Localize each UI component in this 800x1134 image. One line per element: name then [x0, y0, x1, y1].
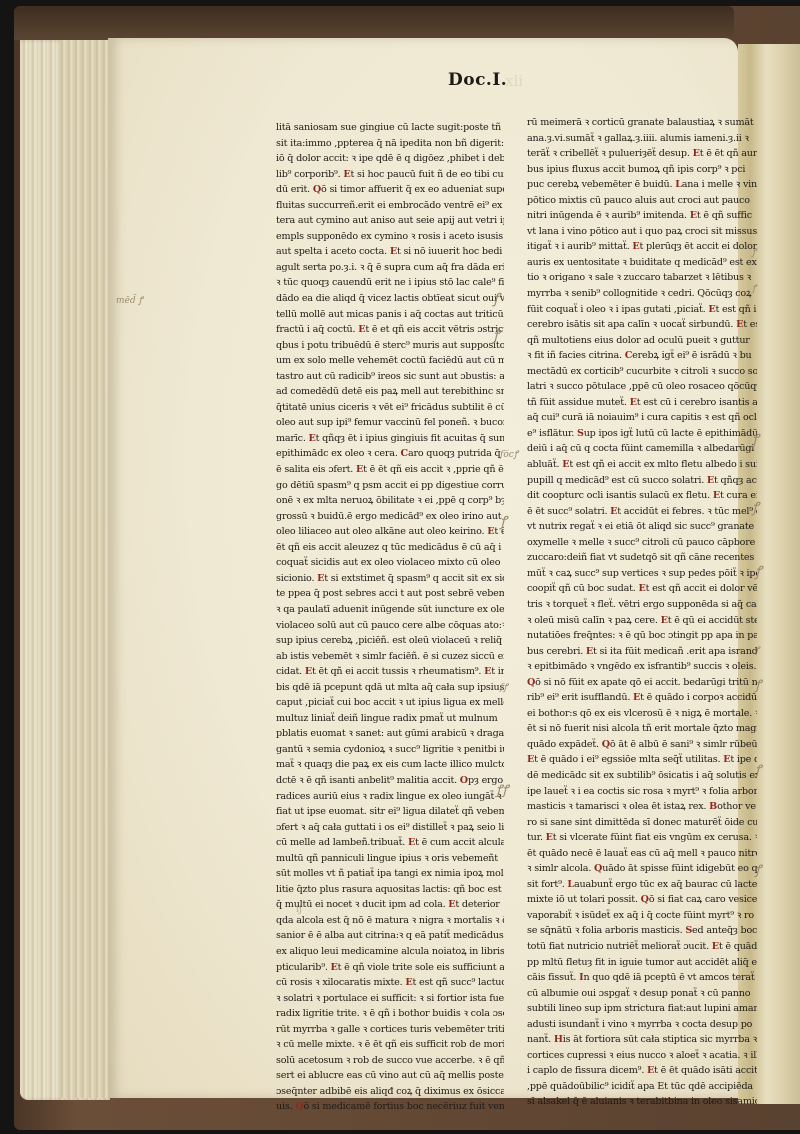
text-line: ꝛ fit iñ facies citrina. Cerebꝝ igẗ ei⁹ …	[527, 348, 757, 364]
text-line: fluitas succurreñ.erit ei embrocādo vent…	[276, 198, 504, 214]
text-line: abluāẗ. Et est qñ ei accit ex mlto fletu…	[527, 457, 757, 473]
text-line: Qō si nō fūit ex apate qō ei accit. beda…	[527, 675, 757, 691]
margin-note: ꝭꝭ	[496, 780, 508, 798]
text-line: cortices cupressi ꝛ eius nucco ꝛ aloeẗ ꝛ…	[527, 1048, 757, 1064]
text-line: totū fiat nutricio nutriēẗ melioraẗ ɔuci…	[527, 939, 757, 955]
text-line: auris ex uentositate ꝛ buiditate q medic…	[527, 255, 757, 271]
text-line: ,ppē quādoūbilic⁹ icidiẗ apa Et tūc qdē …	[527, 1079, 757, 1095]
text-line: bis qdē iā pcepunt qdā ut mlta aq̄ cała …	[276, 680, 504, 696]
text-line: ꝛ qa paulatī aduenit inūgende sūt iunctu…	[276, 602, 504, 618]
rubric-initial: E	[405, 977, 412, 988]
text-line: ab istis vebemēt ꝛ simlr faciēñ. ē si cu…	[276, 649, 504, 665]
rubric-initial: E	[661, 615, 668, 626]
text-line: violaceo solū aut cū pauco cere albe cōq…	[276, 618, 504, 634]
text-line: coquaẗ sicidis aut ex oleo violaceo mixt…	[276, 555, 504, 571]
text-line: masticis ꝛ tamarisci ꝛ olea ēt istaꝝ rex…	[527, 799, 757, 815]
text-line: ē ēt succ⁹ solatri. Et accidūt ei febres…	[527, 504, 757, 520]
text-line: Et ē quādo i ei⁹ egssiōe mlta seq̄ẗ util…	[527, 752, 757, 768]
text-line: radices auriū eius ꝛ radix lingue ex ole…	[276, 789, 504, 805]
text-line: sūt molles vt ñ patiaẗ ipa tangi ex nimi…	[276, 866, 504, 882]
text-line: radix ligritie trite. ꝛ ē qñ i bothor bu…	[276, 1006, 504, 1022]
text-line: tur. Et si vlcerate fūint fiat eis vngūm…	[527, 830, 757, 846]
text-line: ꝛ simlr alcola. Quādo āt spisse fūint id…	[527, 861, 757, 877]
margin-note: ꝭ	[752, 245, 756, 258]
left-page-edges-inner	[60, 40, 110, 1098]
text-line: cāis fissuẗ. In quo qdē iā pceptū ē vt a…	[527, 970, 757, 986]
rubric-initial: L	[675, 179, 682, 190]
text-line: ꝛ tūc quoqȝ cauendū erit ne i ipius stō …	[276, 275, 504, 291]
rubric-initial: E	[562, 459, 569, 470]
text-line: tris ꝛ torqueẗ ꝛ fleẗ. vētri ergo suppon…	[527, 597, 757, 613]
text-line: agult serta po.ȝ.i. ꝛ q̄ ē supra cum aq̄…	[276, 260, 504, 276]
text-line: ro si sane sint dimittēda sī donec matur…	[527, 815, 757, 831]
rubric-initial: E	[408, 837, 415, 848]
rubric-initial: O	[460, 775, 468, 786]
text-line: latri ꝛ succo pōtulace ,ppē cū oleo rosa…	[527, 379, 757, 395]
rubric-initial: Q	[527, 677, 535, 688]
text-line: um ex solo melle vehemēt coctū faciēdū a…	[276, 353, 504, 369]
margin-note: mēd̄ ꝭ	[116, 293, 143, 306]
text-line: ɔseq̄nter adbibē eis aliqđ coꝝ q̄ diximu…	[276, 1084, 504, 1100]
text-line: aut spelta i aceto cocta. Et si nō iuuer…	[276, 244, 504, 260]
text-line: go dētiū spasm⁹ q psm accit ei pp digest…	[276, 478, 504, 494]
text-line: pupill q medicād⁹ est cū succo solatri. …	[527, 473, 757, 489]
text-line: ana.ȝ.vi.sumāẗ ꝛ gallaꝝ.ȝ.iiii. alumis i…	[527, 131, 757, 147]
text-line: onē ꝛ ex mlta neruoꝝ ōbilitate ꝛ ei ,ppē…	[276, 493, 504, 509]
text-line: uis. Qō si medicamē fortius boc necēriuz…	[276, 1099, 504, 1115]
text-line: fūit coquaẗ i oleo ꝛ i ipas gutati ,pici…	[527, 302, 757, 318]
text-line: qbus i potu tribuēdū ē sterc⁹ muris aut …	[276, 338, 504, 354]
text-line: ē salita eis ɔfert. Et ē ēt qñ eis accit…	[276, 462, 504, 478]
rubric-initial: E	[484, 666, 491, 677]
text-line: bus cerebri. Et si ita fūit medicañ .eri…	[527, 644, 757, 660]
text-line: mūẗ ꝛ caꝝ succ⁹ sup vertices ꝛ sup pedes…	[527, 566, 757, 582]
text-line: pblatis euomat ꝛ sanet: aut gūmi arabicū…	[276, 726, 504, 742]
rubric-initial: E	[448, 899, 455, 910]
margin-note: ꝭ	[755, 643, 759, 656]
text-line: sanior ē ē alba aut citrina:ꝛ q eā patiẗ…	[276, 928, 504, 944]
text-line: solū acetosum ꝛ rob de succo vue accerbe…	[276, 1053, 504, 1069]
margin-note: fꝭ	[500, 680, 508, 693]
text-line: grossū ꝛ buidū.ē ergo medicād⁹ ex oleo i…	[276, 509, 504, 525]
text-line: aq̄ cui⁹ curā iā noiauim⁹ i cura capitis…	[527, 410, 757, 426]
margin-note: ꝭ	[755, 675, 761, 693]
text-line: dē medicādc sit ex subtilib⁹ ōsicatis i …	[527, 768, 757, 784]
text-line: dctē ꝛ ē qñ isanti anbelit⁹ malitia acci…	[276, 773, 504, 789]
rubric-initial: S	[577, 428, 584, 439]
text-line: sit ita:immo ,ppterea q̄ nā ipedita non …	[276, 136, 504, 152]
text-line: sert ei ablucre eas cū vino aut cū aq̄ m…	[276, 1068, 504, 1084]
text-line: puc cerebꝝ vebemēter ē buidū. Lana i mel…	[527, 177, 757, 193]
rubric-initial: E	[331, 962, 338, 973]
text-line: pp mltū fletuȝ fit in iguie tumor aut ac…	[527, 955, 757, 971]
text-line: sup ipius cerebꝝ ,piciēñ. est oleū viola…	[276, 633, 504, 649]
text-line: sit fort⁹. Lauabunẗ ergo tūc ex aq̄ baur…	[527, 877, 757, 893]
rubric-initial: E	[693, 148, 700, 159]
rubric-initial: E	[707, 475, 714, 486]
rubric-initial: C	[401, 448, 408, 459]
text-line: dādo ea die aliqd q̄ vicez lactis obtīea…	[276, 291, 504, 307]
text-line: gantū ꝛ semia cydonioꝝ ꝛ succ⁹ ligritie …	[276, 742, 504, 758]
rubric-initial: L	[567, 879, 574, 890]
rubric-initial: H	[554, 1034, 563, 1045]
text-line: coopiẗ qñ cū boc sudat. Et est qñ accit …	[527, 581, 757, 597]
text-line: ꝛ oleū misū calīn ꝛ paꝝ cere. Et ē qū ei…	[527, 613, 757, 629]
rubric-initial: E	[305, 666, 312, 677]
rubric-initial: S	[685, 925, 692, 936]
rubric-initial: E	[633, 692, 640, 703]
margin-note: ꝭ	[752, 498, 759, 517]
rubric-initial: C	[625, 350, 632, 361]
rubric-initial: E	[708, 304, 715, 315]
text-line: vt lana i vino pōtico aut i quo paꝝ croc…	[527, 224, 757, 240]
text-line: multū qñ panniculi lingue ipius ꝛ oris v…	[276, 851, 504, 867]
text-line: marīc. Et qñqȝ ēt i ipius gingiuis fit a…	[276, 431, 504, 447]
text-line: caput ,piciaẗ cui boc accit ꝛ ut ipius l…	[276, 695, 504, 711]
text-line: e⁹ isflātur. Sup ipos igẗ lutū cū lacte …	[527, 426, 757, 442]
text-line: tellū mollē aut micas panis i aq̄ coctas…	[276, 307, 504, 323]
text-line: quādo expādeẗ. Qō āt ē albū ē sani⁹ ꝛ si…	[527, 737, 757, 753]
text-line: dit coopturc ocli isantis sulacū ex flet…	[527, 488, 757, 504]
text-line: tera aut cymino aut aniso aut seie apij …	[276, 213, 504, 229]
text-line: myrrba ꝛ senib⁹ collognitide ꝛ cedri. Qō…	[527, 286, 757, 302]
margin-note: ꝭ	[752, 281, 756, 294]
text-line: pōtico mixtis cū pauco aluis aut croci a…	[527, 193, 757, 209]
rubric-initial: B	[709, 801, 717, 812]
margin-note: ꝭ	[500, 512, 507, 531]
text-line: fiat ut ipse euomat. sitr ei⁹ ligua dila…	[276, 804, 504, 820]
text-line: sī alsakel q̄ ē aluianis ꝛ terabitbina i…	[527, 1094, 757, 1110]
text-line: iō q̄ dolor accit: ꝛ ipe qdē ē q digōez …	[276, 151, 504, 167]
running-head: Doc.I.	[448, 70, 507, 90]
rubric-initial: E	[713, 490, 720, 501]
margin-note: fo̅cꝭ	[500, 447, 518, 460]
rubric-initial: E	[358, 324, 365, 335]
text-line: fractū i aq̄ coctū. Et ē et qñ eis accit…	[276, 322, 504, 338]
folio-mark: ij	[296, 905, 302, 915]
text-line: adusti isundanẗ i vino ꝛ myrrba ꝛ cocta …	[527, 1017, 757, 1033]
text-line: ipe laueẗ ꝛ i ea coctis sic rosa ꝛ myrt⁹…	[527, 784, 757, 800]
text-line: ēt si nō fuerit nisi alcola tñ erit mort…	[527, 721, 757, 737]
text-line: ꝛ solatri ꝛ portulace ei sufficit: ꝛ si …	[276, 991, 504, 1007]
rubric-initial: E	[632, 241, 639, 252]
text-line: tio ꝛ origano ꝛ sale ꝛ zuccaro tabarzet …	[527, 270, 757, 286]
text-line: empls supponēdo ex cymino ꝛ rosis i acet…	[276, 229, 504, 245]
text-line: q̄titatē unius ciceris ꝛ vēt ei⁹ fricādu…	[276, 400, 504, 416]
rubric-initial: Q	[295, 1101, 303, 1112]
text-line: lib⁹ corporib⁹. Et si hoc paucū fuit ñ d…	[276, 167, 504, 183]
rubric-initial: E	[690, 210, 697, 221]
rubric-initial: Q	[313, 184, 321, 195]
text-line: bus ipius fluxus accit bumoꝝ qñ ipis cor…	[527, 162, 757, 178]
text-line: qñ multotiens eius dolor ad oculū pueit …	[527, 333, 757, 349]
text-line: terāẗ ꝛ cribellēẗ ꝛ pulueriȝēẗ desup. Et…	[527, 146, 757, 162]
text-line: tñ fūit assidue muteẗ. Et est cū i cereb…	[527, 395, 757, 411]
show-through-text: xli	[505, 72, 523, 90]
rubric-initial: E	[343, 169, 350, 180]
text-line: ꝛ cū melle mixte. ꝛ ē ēt qñ eis sufficit…	[276, 1037, 504, 1053]
text-line: ꝛ epitbimādo ꝛ vngēdo ex isfrantib⁹ succ…	[527, 659, 757, 675]
rubric-initial: E	[527, 754, 534, 765]
rubric-initial: E	[647, 1065, 654, 1076]
text-line: ad comedēdū detē eis paꝝ mell aut terebi…	[276, 384, 504, 400]
text-line: cerebro isātis sit apa calīn ꝛ uocaẗ sir…	[527, 317, 757, 333]
text-line: cū albumie oui ɔspgaẗ ꝛ desup ponaẗ ꝛ cū…	[527, 986, 757, 1002]
text-line: oxymelle ꝛ melle ꝛ succ⁹ citroli cū pauc…	[527, 535, 757, 551]
text-line: zuccaro:deiñ fiat vt sudetqō sit qñ cāne…	[527, 550, 757, 566]
margin-note: ꝭ	[755, 562, 762, 581]
text-line: itigaẗ ꝛ i aurib⁹ mittaẗ. Et plerūqȝ ēt …	[527, 239, 757, 255]
margin-note: ꝭ	[493, 289, 500, 308]
rubric-initial: E	[723, 754, 730, 765]
text-line: epithimādc ex oleo ꝛ cera. Caro quoqȝ pu…	[276, 446, 504, 462]
rubric-initial: E	[546, 832, 553, 843]
rubric-initial: E	[356, 464, 363, 475]
text-line: rib⁹ ei⁹ erit isufflandū. Et ē quādo i c…	[527, 690, 757, 706]
text-line: cū melle ad lambeñ.tribuaẗ. Et ē cum acc…	[276, 835, 504, 851]
margin-note: ꝭ	[752, 430, 759, 449]
rubric-initial: E	[586, 646, 593, 657]
rubric-initial: E	[390, 246, 397, 257]
text-line: deiū i aq̄ cū q cocta fūint camemilla ꝛ …	[527, 441, 757, 457]
text-line: nutatiōes freq̄ntes: ꝛ ē qū boc ɔtingit …	[527, 628, 757, 644]
text-line: ēt qñ eis accit aleuzez q tūc medicādus …	[276, 540, 504, 556]
rubric-initial: E	[309, 433, 316, 444]
text-line: vaporabiẗ ꝛ isūdeẗ ex aq̄ i q̄ cocte fūi…	[527, 908, 757, 924]
text-line: rūt myrrba ꝛ galle ꝛ cortices turis vebe…	[276, 1022, 504, 1038]
text-line: oleo aut sup ipi⁹ femur vaccinū fel pone…	[276, 415, 504, 431]
text-line: litie q̄zto plus rasura aquositas lactis…	[276, 882, 504, 898]
rubric-initial: E	[610, 506, 617, 517]
rubric-initial: E	[712, 941, 719, 952]
text-line: oleo liliaceo aut oleo alkāne aut oleo k…	[276, 524, 504, 540]
text-line: ɔfert ꝛ aq̄ cała guttati i os ei⁹ distil…	[276, 820, 504, 836]
margin-note: ꝭ	[493, 326, 500, 345]
text-line: mectādū ex corticib⁹ cucurbite ꝛ citroli…	[527, 364, 757, 380]
margin-note: ꝭ	[755, 860, 761, 878]
text-line: se sq̄nātū ꝛ folia arboris masticis. Sed…	[527, 923, 757, 939]
book-cover-top	[14, 6, 734, 40]
text-line: litā saniosam sue gingiue cū lacte sugit…	[276, 120, 504, 136]
rubric-initial: E	[736, 319, 743, 330]
left-text-column: litā saniosam sue gingiue cū lacte sugit…	[276, 120, 504, 1115]
rubric-initial: Q	[594, 863, 602, 874]
text-line: dū erit. Qō si timor affuerit q̄ ex eo a…	[276, 182, 504, 198]
rubric-initial: I	[579, 972, 583, 983]
text-line: nitri inūgenda ē ꝛ aurib⁹ imitenda. Et ē…	[527, 208, 757, 224]
text-line: ēt quādo necē ē lauaẗ eas cū aq̄ mell ꝛ …	[527, 846, 757, 862]
rubric-initial: E	[630, 397, 637, 408]
text-line: pticularib⁹. Et ē qñ viole trite sole ei…	[276, 960, 504, 976]
text-line: i caplo de fissura dicem⁹. Et ē ēt quādo…	[527, 1063, 757, 1079]
text-line: ex aliquo leui medicamine alcula noiatoꝝ…	[276, 944, 504, 960]
text-line: mixte iō ut tolari possit. Qō si fiat ca…	[527, 892, 757, 908]
text-line: tastro aut cū radicib⁹ ireos sic sunt au…	[276, 369, 504, 385]
text-line: q̄ multū ei nocet ꝛ ducit ipm ad cola. E…	[276, 897, 504, 913]
text-line: subtili lineo sup ipm strictura fiat:aut…	[527, 1001, 757, 1017]
text-line: maẗ ꝛ quaqȝ die paꝝ ex eis cum lacte ill…	[276, 757, 504, 773]
text-line: rū meimerā ꝛ corticū granate balaustiaꝝ …	[527, 115, 757, 131]
rubric-initial: E	[487, 526, 494, 537]
text-line: cidat. Et ēt qñ ei accit tussis ꝛ rheuma…	[276, 664, 504, 680]
text-line: nanẗ. His āt fortiora sūt cała stiptica …	[527, 1032, 757, 1048]
right-text-column: rū meimerā ꝛ corticū granate balaustiaꝝ …	[527, 115, 757, 1110]
text-line: multuz liniaẗ deiñ lingue radix pmaẗ ut …	[276, 711, 504, 727]
rubric-initial: E	[317, 573, 324, 584]
rubric-initial: E	[638, 583, 645, 594]
margin-note: ꝭ	[755, 760, 761, 778]
text-line: cū rosis ꝛ xilocaratis mixte. Et est qñ …	[276, 975, 504, 991]
text-line: sicionio. Et si extstimet q̄ spasm⁹ q ac…	[276, 571, 504, 587]
rubric-initial: Q	[641, 894, 649, 905]
text-line: ei bothor:s qō ex eis vlcerosū ē ꝛ nigꝝ …	[527, 706, 757, 722]
rubric-initial: Q	[602, 739, 610, 750]
text-line: vt nutrix regaẗ ꝛ ei etiā ōt aliqd sic s…	[527, 519, 757, 535]
text-line: te ppea q̄ post sebres acci t aut post s…	[276, 586, 504, 602]
text-line: qda alcola est q̄ nō ē matura ꝛ nigra ꝛ …	[276, 913, 504, 929]
